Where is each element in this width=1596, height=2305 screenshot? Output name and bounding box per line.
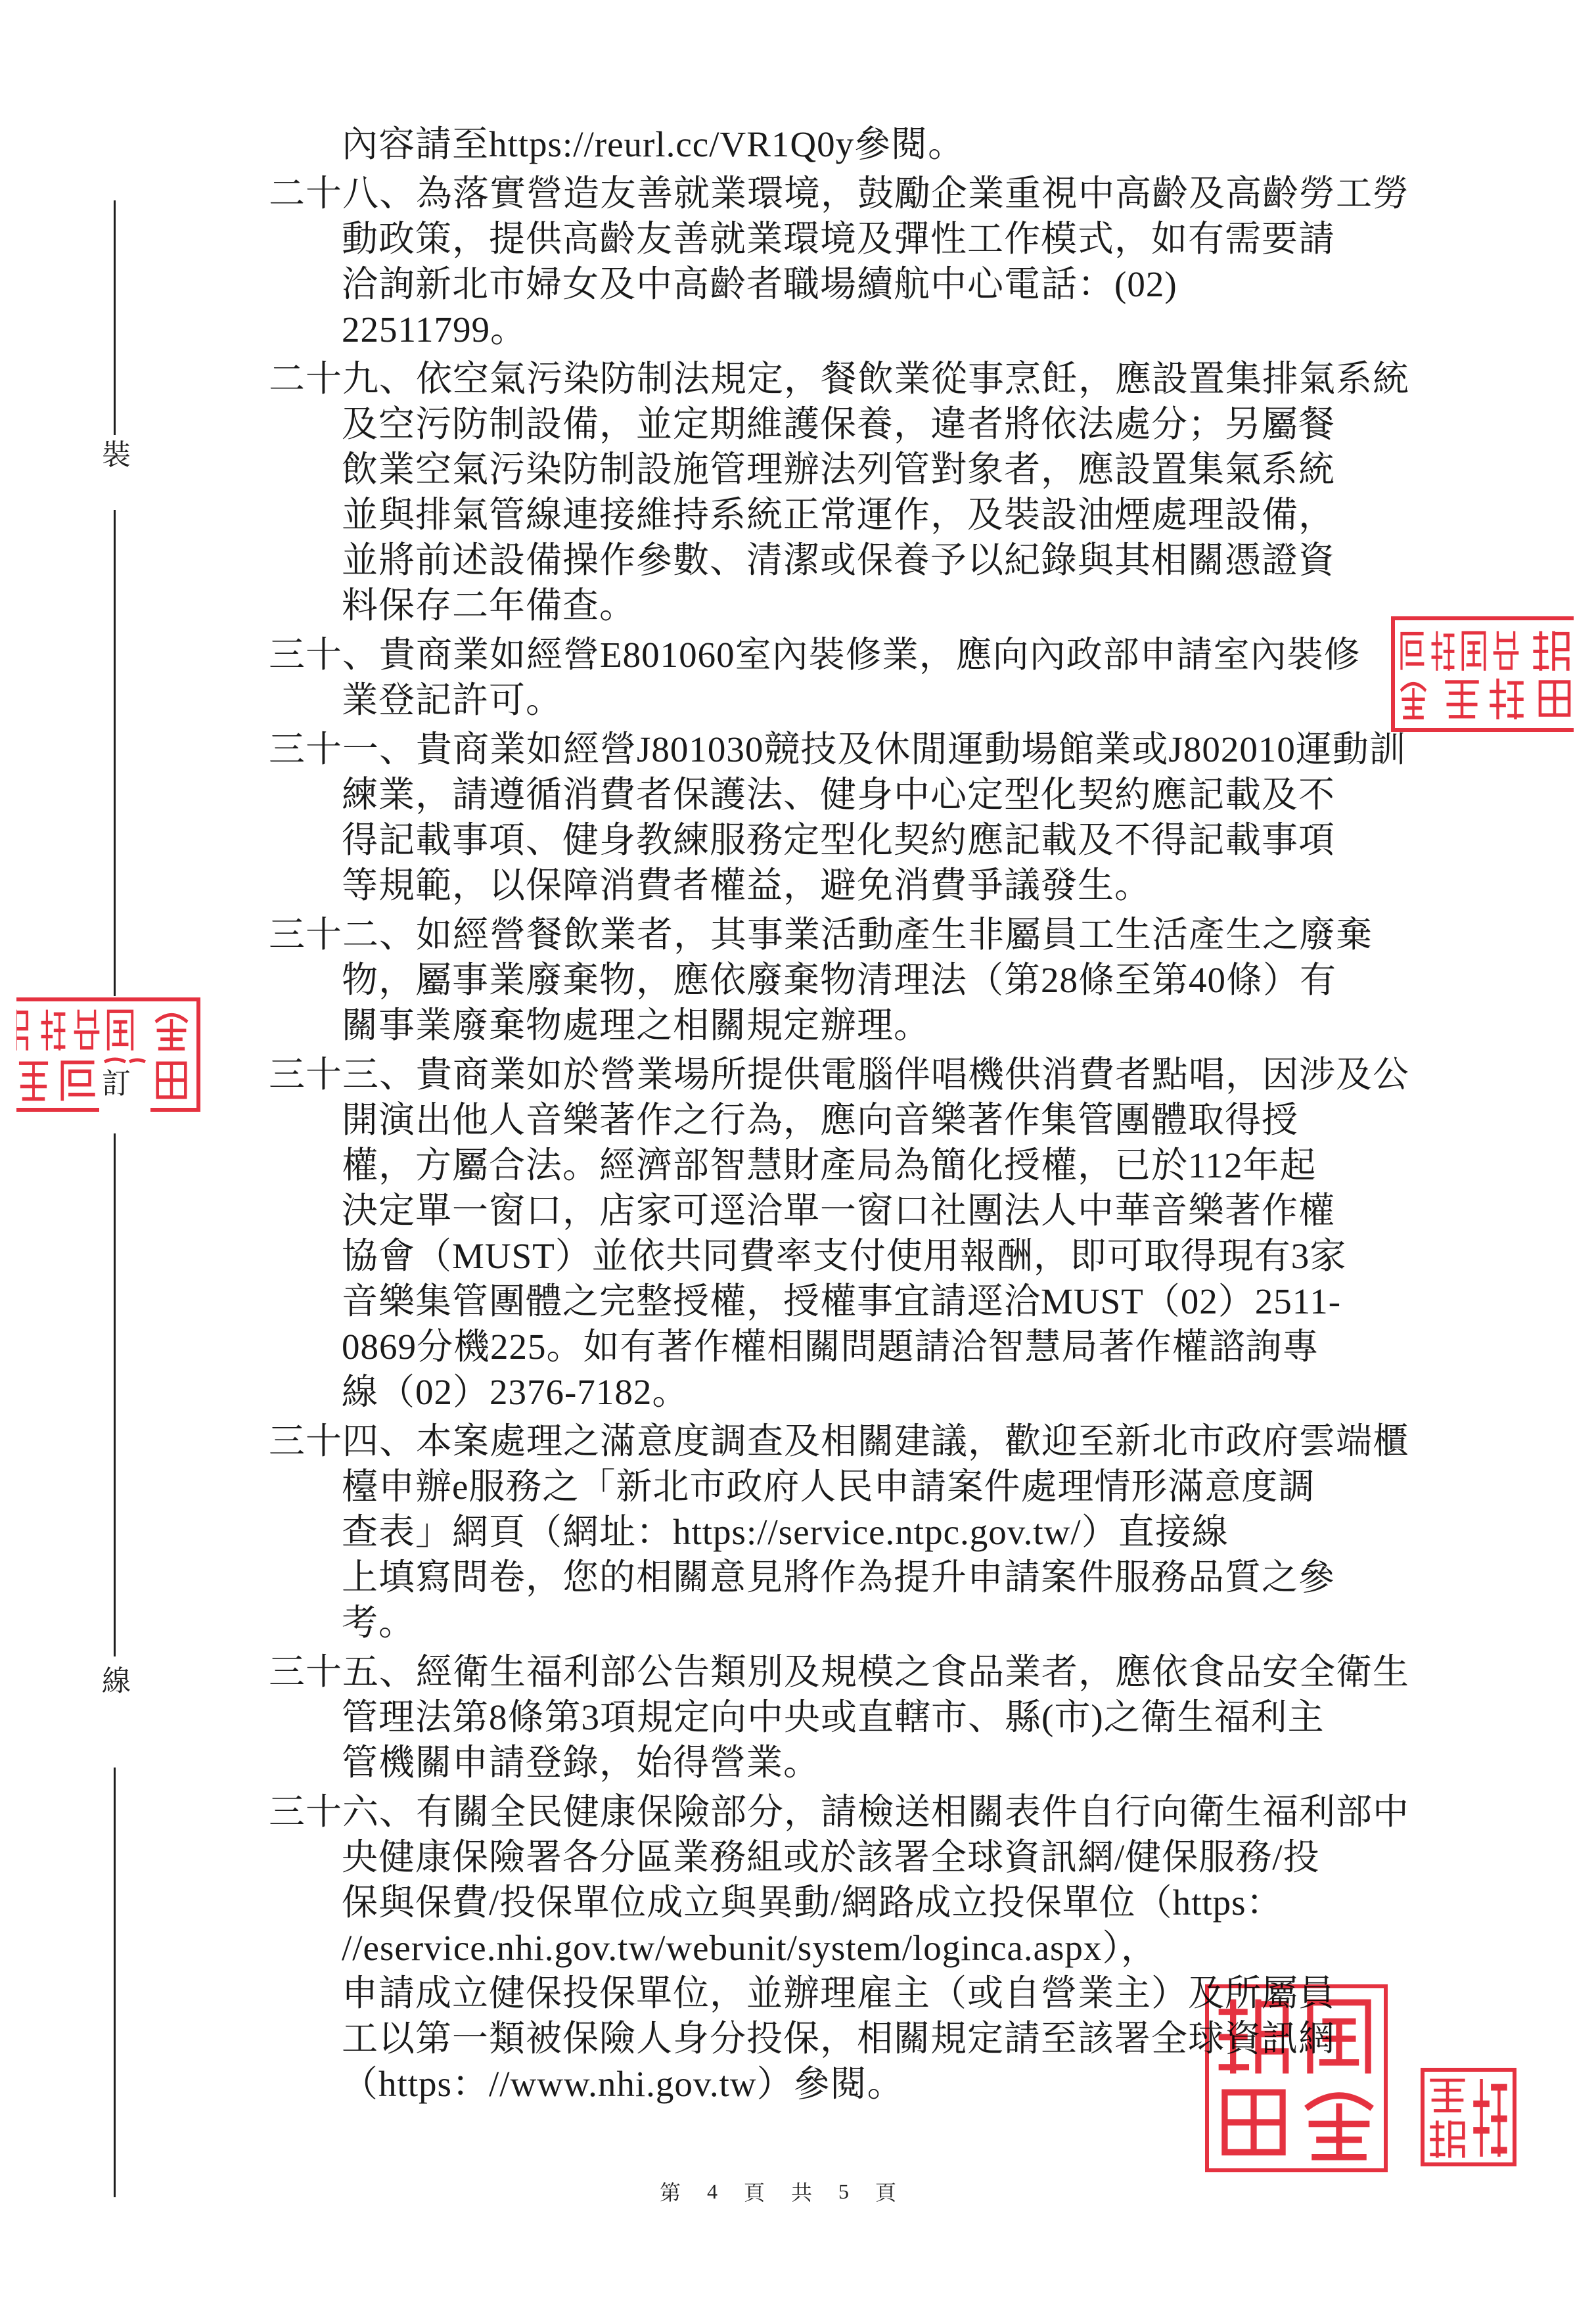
item-first-line: 三十一、貴商業如經營J801030競技及休閒運動場館業或J802010運動訓 — [269, 727, 1409, 772]
item-text-line: 得記載事項、健身教練服務定型化契約應記載及不得記載事項 — [269, 817, 1409, 863]
official-seal-large — [1205, 1984, 1388, 2172]
document-page: 裝 訂 線 內容請至https://reurl.cc/VR1Q0y參閱。 二十八… — [0, 0, 1596, 2305]
item-text-line: 及空污防制設備，並定期維護保養，違者將依法處分；另屬餐 — [269, 401, 1409, 447]
binding-label-zhuang: 裝 — [101, 440, 131, 470]
item-text: 貴商業如於營業場所提供電腦伴唱機供消費者點唱，因涉及公 — [416, 1055, 1409, 1095]
item-32: 三十二、如經營餐飲業者，其事業活動產生非屬員工生活產生之廢棄 物，屬事業廢棄物，… — [269, 912, 1409, 1048]
total-prefix: 共 — [791, 2176, 812, 2206]
item-30: 三十、貴商業如經營E801060室內裝修業，應向內政部申請室內裝修 業登記許可。 — [269, 632, 1409, 723]
item-number: 三十、 — [269, 635, 379, 675]
item-text-line: 線（02）2376-7182。 — [269, 1369, 1409, 1415]
item-text: 如經營餐飲業者，其事業活動產生非屬員工生活產生之廢棄 — [416, 915, 1373, 955]
item-number: 二十八、 — [269, 173, 416, 214]
item-text-line: 查表」網頁（網址：https://service.ntpc.gov.tw/）直接… — [269, 1509, 1409, 1555]
item-text-line: 22511799。 — [269, 307, 1409, 352]
personal-seal-small — [1421, 2068, 1516, 2166]
item-text-line: 管機關申請登錄，始得營業。 — [269, 1740, 1409, 1785]
binding-line-segment — [114, 1768, 116, 2197]
item-text: 經衛生福利部公告類別及規模之食品業者，應依食品安全衛生 — [416, 1652, 1409, 1692]
item-first-line: 三十六、有關全民健康保險部分，請檢送相關表件自行向衛生福利部中 — [269, 1789, 1409, 1835]
item-text-line: 管理法第8條第3項規定向中央或直轄市、縣(市)之衛生福利主 — [269, 1695, 1409, 1740]
item-text-line: 料保存二年備查。 — [269, 583, 1409, 628]
item-text-line: 決定單一窗口，店家可逕洽單一窗口社團法人中華音樂著作權 — [269, 1188, 1409, 1233]
item-29: 二十九、依空氣污染防制法規定，餐飲業從事烹飪，應設置集排氣系統 及空污防制設備，… — [269, 356, 1409, 628]
item-number: 三十六、 — [269, 1792, 416, 1832]
item-text-line: 協會（MUST）並依共同費率支付使用報酬，即可取得現有3家 — [269, 1233, 1409, 1279]
current-page-number: 4 — [707, 2179, 718, 2204]
item-text-line: 權，方屬合法。經濟部智慧財產局為簡化授權，已於112年起 — [269, 1143, 1409, 1188]
binding-label-xian: 線 — [101, 1666, 131, 1697]
item-first-line: 三十三、貴商業如於營業場所提供電腦伴唱機供消費者點唱，因涉及公 — [269, 1052, 1409, 1097]
item-text-line: 檯申辦e服務之「新北市政府人民申請案件處理情形滿意度調 — [269, 1464, 1409, 1509]
item-text-line: //eservice.nhi.gov.tw/webunit/system/log… — [269, 1925, 1409, 1971]
item-first-line: 三十五、經衛生福利部公告類別及規模之食品業者，應依食品安全衛生 — [269, 1649, 1409, 1695]
item-first-line: 三十、貴商業如經營E801060室內裝修業，應向內政部申請室內裝修 — [269, 632, 1409, 677]
item-text-line: 央健康保險署各分區業務組或於該署全球資訊網/健保服務/投 — [269, 1835, 1409, 1880]
item-text-line: 練業，請遵循消費者保護法、健身中心定型化契約應記載及不 — [269, 772, 1409, 817]
item-text-line: 並將前述設備操作參數、清潔或保養予以紀錄與其相關憑證資 — [269, 537, 1409, 583]
previous-item-continuation: 內容請至https://reurl.cc/VR1Q0y參閱。 — [269, 122, 1409, 167]
item-text-line: 內容請至https://reurl.cc/VR1Q0y參閱。 — [269, 122, 1409, 167]
red-seal-icon — [1421, 2068, 1516, 2166]
item-text: 有關全民健康保險部分，請檢送相關表件自行向衛生福利部中 — [416, 1792, 1409, 1832]
item-text-line: 音樂集管團體之完整授權，授權事宜請逕洽MUST（02）2511- — [269, 1279, 1409, 1324]
item-text-line: 動政策，提供高齡友善就業環境及彈性工作模式，如有需要請 — [269, 216, 1409, 262]
item-text-line: 洽詢新北市婦女及中高齡者職場續航中心電話：(02) — [269, 262, 1409, 307]
item-text-line: 飲業空氣污染防制設施管理辦法列管對象者，應設置集氣系統 — [269, 447, 1409, 492]
item-number: 三十三、 — [269, 1055, 416, 1095]
item-text-line: 開演出他人音樂著作之行為，應向音樂著作集管團體取得授 — [269, 1097, 1409, 1143]
item-first-line: 二十九、依空氣污染防制法規定，餐飲業從事烹飪，應設置集排氣系統 — [269, 356, 1409, 401]
binding-line-segment — [114, 200, 116, 435]
item-number: 二十九、 — [269, 359, 416, 399]
page-footer: 第 4 頁 共 5 頁 — [660, 2177, 896, 2206]
item-text-line: 關事業廢棄物處理之相關規定辦理。 — [269, 1003, 1409, 1048]
item-text: 貴商業如經營J801030競技及休閒運動場館業或J802010運動訓 — [416, 729, 1406, 769]
item-text: 貴商業如經營E801060室內裝修業，應向內政部申請室內裝修 — [379, 635, 1361, 675]
item-text-line: 並與排氣管線連接維持系統正常運作，及裝設油煙處理設備， — [269, 492, 1409, 537]
page-prefix: 第 — [660, 2176, 681, 2206]
item-35: 三十五、經衛生福利部公告類別及規模之食品業者，應依食品安全衛生 管理法第8條第3… — [269, 1649, 1409, 1785]
item-text: 本案處理之滿意度調查及相關建議，歡迎至新北市政府雲端櫃 — [416, 1421, 1409, 1461]
item-text-line: 業登記許可。 — [269, 677, 1409, 723]
red-seal-icon — [1205, 1984, 1388, 2172]
item-text-line: 等規範，以保障消費者權益，避免消費爭議發生。 — [269, 863, 1409, 908]
binding-line-segment — [114, 1133, 116, 1656]
item-number: 三十二、 — [269, 915, 416, 955]
item-28: 二十八、為落實營造友善就業環境，鼓勵企業重視中高齡及高齡勞工勞 動政策，提供高齡… — [269, 171, 1409, 352]
binding-label-ding: 訂 — [101, 1069, 131, 1099]
page-unit: 頁 — [744, 2176, 765, 2206]
seam-seal-top-right — [1391, 616, 1574, 732]
item-text: 依空氣污染防制法規定，餐飲業從事烹飪，應設置集排氣系統 — [416, 359, 1409, 399]
item-text-line: 物，屬事業廢棄物，應依廢棄物清理法（第28條至第40條）有 — [269, 957, 1409, 1003]
item-text-line: 考。 — [269, 1600, 1409, 1645]
total-pages-number: 5 — [838, 2179, 849, 2204]
item-33: 三十三、貴商業如於營業場所提供電腦伴唱機供消費者點唱，因涉及公 開演出他人音樂著… — [269, 1052, 1409, 1415]
item-number: 三十五、 — [269, 1652, 416, 1692]
item-34: 三十四、本案處理之滿意度調查及相關建議，歡迎至新北市政府雲端櫃 檯申辦e服務之「… — [269, 1419, 1409, 1645]
item-first-line: 三十二、如經營餐飲業者，其事業活動產生非屬員工生活產生之廢棄 — [269, 912, 1409, 957]
item-text: 為落實營造友善就業環境，鼓勵企業重視中高齡及高齡勞工勞 — [416, 173, 1409, 214]
item-text-line: 保與保費/投保單位成立與異動/網路成立投保單位（https： — [269, 1880, 1409, 1925]
item-first-line: 三十四、本案處理之滿意度調查及相關建議，歡迎至新北市政府雲端櫃 — [269, 1419, 1409, 1464]
red-seal-icon — [1391, 616, 1574, 732]
binding-line-segment — [114, 510, 116, 996]
item-31: 三十一、貴商業如經營J801030競技及休閒運動場館業或J802010運動訓 練… — [269, 727, 1409, 908]
item-number: 三十一、 — [269, 729, 416, 769]
item-text-line: 0869分機225。如有著作權相關問題請洽智慧局著作權諮詢專 — [269, 1324, 1409, 1369]
document-body: 內容請至https://reurl.cc/VR1Q0y參閱。 二十八、為落實營造… — [269, 122, 1409, 2107]
item-first-line: 二十八、為落實營造友善就業環境，鼓勵企業重視中高齡及高齡勞工勞 — [269, 171, 1409, 216]
item-number: 三十四、 — [269, 1421, 416, 1461]
total-unit: 頁 — [875, 2176, 896, 2206]
item-text-line: 上填寫問卷，您的相關意見將作為提升申請案件服務品質之參 — [269, 1555, 1409, 1600]
